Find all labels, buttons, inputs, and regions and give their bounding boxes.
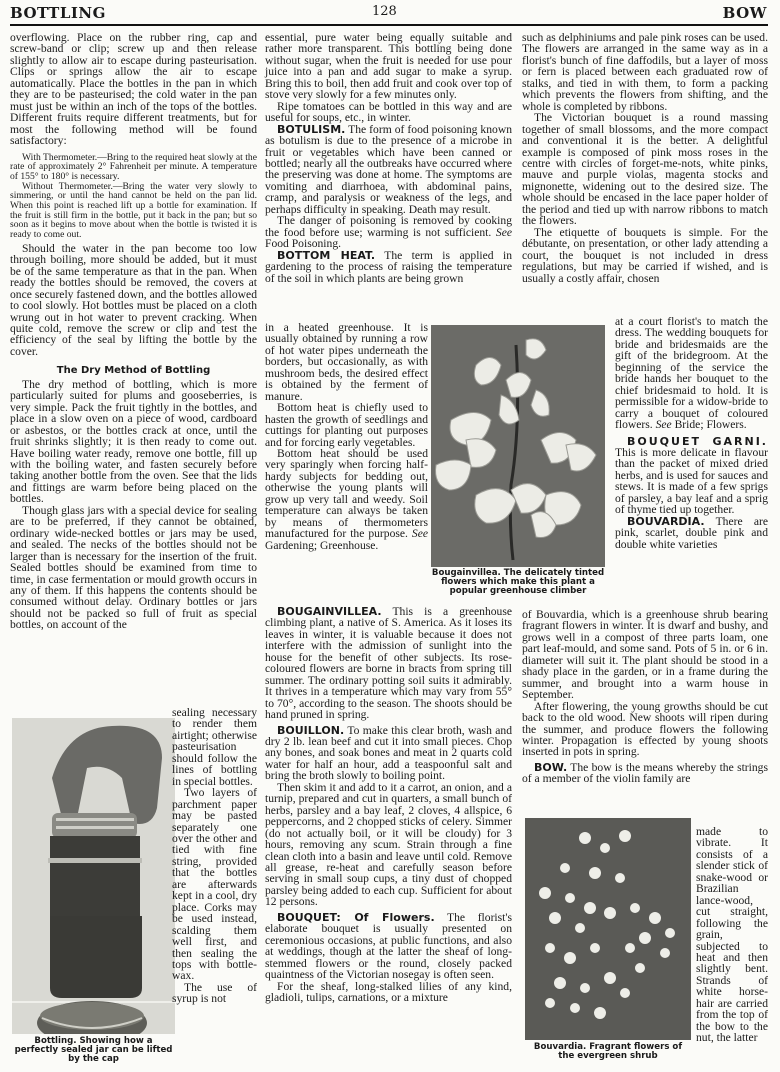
see-reference: See <box>496 226 512 239</box>
with-thermometer-note: With Thermometer.—Bring to the required … <box>10 153 257 182</box>
syrup-text: The use of syrup is not <box>172 982 257 1005</box>
entry-botulism: BOTULISM. The form of food poisoning kno… <box>265 124 512 216</box>
bougainvillea-wrap-text: at a court florist's to match the dress.… <box>615 316 768 550</box>
bougainvillea-photo <box>431 325 605 567</box>
botulism-paragraph-2: The danger of poisoning is removed by co… <box>265 215 512 249</box>
bouvardia-paragraph-2: After flowering, the young growths shoul… <box>522 701 768 758</box>
bottom-heat-text-3: Bottom heat should be used very sparingl… <box>265 448 428 551</box>
entry-bottom-heat: BOTTOM HEAT. The term is applied in gard… <box>265 250 512 284</box>
right-guide-word: BOW <box>723 4 767 22</box>
sealing-text: sealing necessary to render them airtigh… <box>172 707 257 787</box>
see-reference: See <box>412 527 428 540</box>
bottling-paragraph: Should the water in the pan become too l… <box>10 243 257 358</box>
bottom-heat-text-1: in a heated greenhouse. It is usually ob… <box>265 322 428 402</box>
entry-bougainvillea: BOUGAINVILLEA. This is a greenhouse clim… <box>265 606 512 721</box>
bottom-heat-text-2: Bottom heat is chiefly used to hasten th… <box>265 402 428 448</box>
etiquette-paragraph: The etiquette of bouquets is simple. For… <box>522 227 768 284</box>
bouvardia-figure-caption: Bouvardia. Fragrant flowers of the everg… <box>525 1043 691 1061</box>
victorian-bouquet-paragraph: The Victorian bouquet is a round massing… <box>522 112 768 227</box>
column-2-lower: BOUGAINVILLEA. This is a greenhouse clim… <box>265 606 512 1003</box>
jar-wrap-text: sealing necessary to render them airtigh… <box>172 707 257 1005</box>
page-number: 128 <box>372 4 397 19</box>
bouillon-paragraph-2: Then skim it and add to it a carrot, an … <box>265 782 512 908</box>
bottling-paragraph: The dry method of bottling, which is mor… <box>10 379 257 505</box>
bougainvillea-illustration-icon <box>431 325 605 567</box>
column-3: such as delphiniums and pale pink roses … <box>522 32 768 284</box>
method-notes: With Thermometer.—Bring to the required … <box>10 153 257 240</box>
bouvardia-wrap-text: made to vibrate. It consists of a slende… <box>696 826 768 1044</box>
jar-illustration-icon <box>12 718 175 1034</box>
bottling-jar-photo <box>12 718 175 1034</box>
bottling-paragraph: overflowing. Place on the rubber ring, c… <box>10 32 257 147</box>
left-guide-word: BOTTLING <box>10 4 106 22</box>
column-3-lower: of Bouvardia, which is a greenhouse shru… <box>522 609 768 785</box>
dry-method-subheading: The Dry Method of Bottling <box>10 365 257 376</box>
see-reference: See <box>656 418 672 431</box>
entry-bouillon: BOUILLON. To make this clear broth, wash… <box>265 725 512 782</box>
wedding-bouquet-text: at a court florist's to match the dress.… <box>615 316 768 431</box>
column-1: overflowing. Place on the rubber ring, c… <box>10 32 257 631</box>
bottling-continued: essential, pure water being equally suit… <box>265 32 512 101</box>
bouquet-paragraph-2: For the sheaf, long-stalked lilies of an… <box>265 981 512 1004</box>
entry-bow: BOW. The bow is the means whereby the st… <box>522 762 768 785</box>
bottling-paragraph: Though glass jars with a special device … <box>10 505 257 631</box>
entry-bouquet-garni: BOUQUET GARNI. This is more delicate in … <box>615 436 768 516</box>
bow-description-text: made to vibrate. It consists of a slende… <box>696 826 768 1044</box>
header-rule <box>10 24 768 26</box>
bouvardia-text: of Bouvardia, which is a greenhouse shru… <box>522 609 768 701</box>
bougainvillea-figure-caption: Bougainvillea. The delicately tinted flo… <box>431 569 605 597</box>
bouvardia-photo <box>525 818 691 1040</box>
bottling-figure-caption: Bottling. Showing how a perfectly sealed… <box>12 1037 175 1065</box>
bouvardia-illustration-icon <box>525 818 691 1040</box>
column-2: essential, pure water being equally suit… <box>265 32 512 284</box>
tomatoes-paragraph: Ripe tomatoes can be bottled in this way… <box>265 101 512 124</box>
without-thermometer-note: Without Thermometer.—Bring the water ver… <box>10 182 257 240</box>
entry-bouquet: BOUQUET: Of Flowers. The florist's elabo… <box>265 912 512 981</box>
bouquet-continued: such as delphiniums and pale pink roses … <box>522 32 768 112</box>
page-header: BOTTLING 128 BOW <box>0 0 780 26</box>
parchment-text: Two layers of parchment paper may be pas… <box>172 787 257 982</box>
bottom-heat-wrap-text: in a heated greenhouse. It is usually ob… <box>265 322 428 551</box>
entry-bouvardia: BOUVARDIA. There are pink, scarlet, doub… <box>615 516 768 550</box>
